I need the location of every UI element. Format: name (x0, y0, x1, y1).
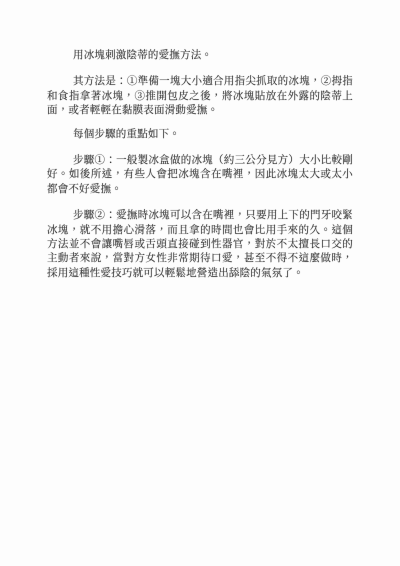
document-page: 用冰塊刺激陰蒂的愛撫方法。 其方法是：①準備一塊大小適合用指尖抓取的冰塊，②拇指… (0, 0, 400, 566)
steps-intro-line: 每個步驟的重點如下。 (47, 127, 353, 141)
title-line: 用冰塊刺激陰蒂的愛撫方法。 (47, 48, 353, 62)
method-paragraph: 其方法是：①準備一塊大小適合用指尖抓取的冰塊，②拇指和食指拿著冰塊，③推開包皮之… (47, 74, 353, 117)
document-text-block: 用冰塊刺激陰蒂的愛撫方法。 其方法是：①準備一塊大小適合用指尖抓取的冰塊，②拇指… (47, 48, 353, 280)
step-1-paragraph: 步驟①：一般製冰盒做的冰塊（約三公分見方）大小比較剛好。如後所述，有些人會把冰塊… (47, 153, 353, 196)
step-2-paragraph: 步驟②：愛撫時冰塊可以含在嘴裡，只要用上下的門牙咬緊冰塊，就不用擔心滑落，而且拿… (47, 208, 353, 280)
